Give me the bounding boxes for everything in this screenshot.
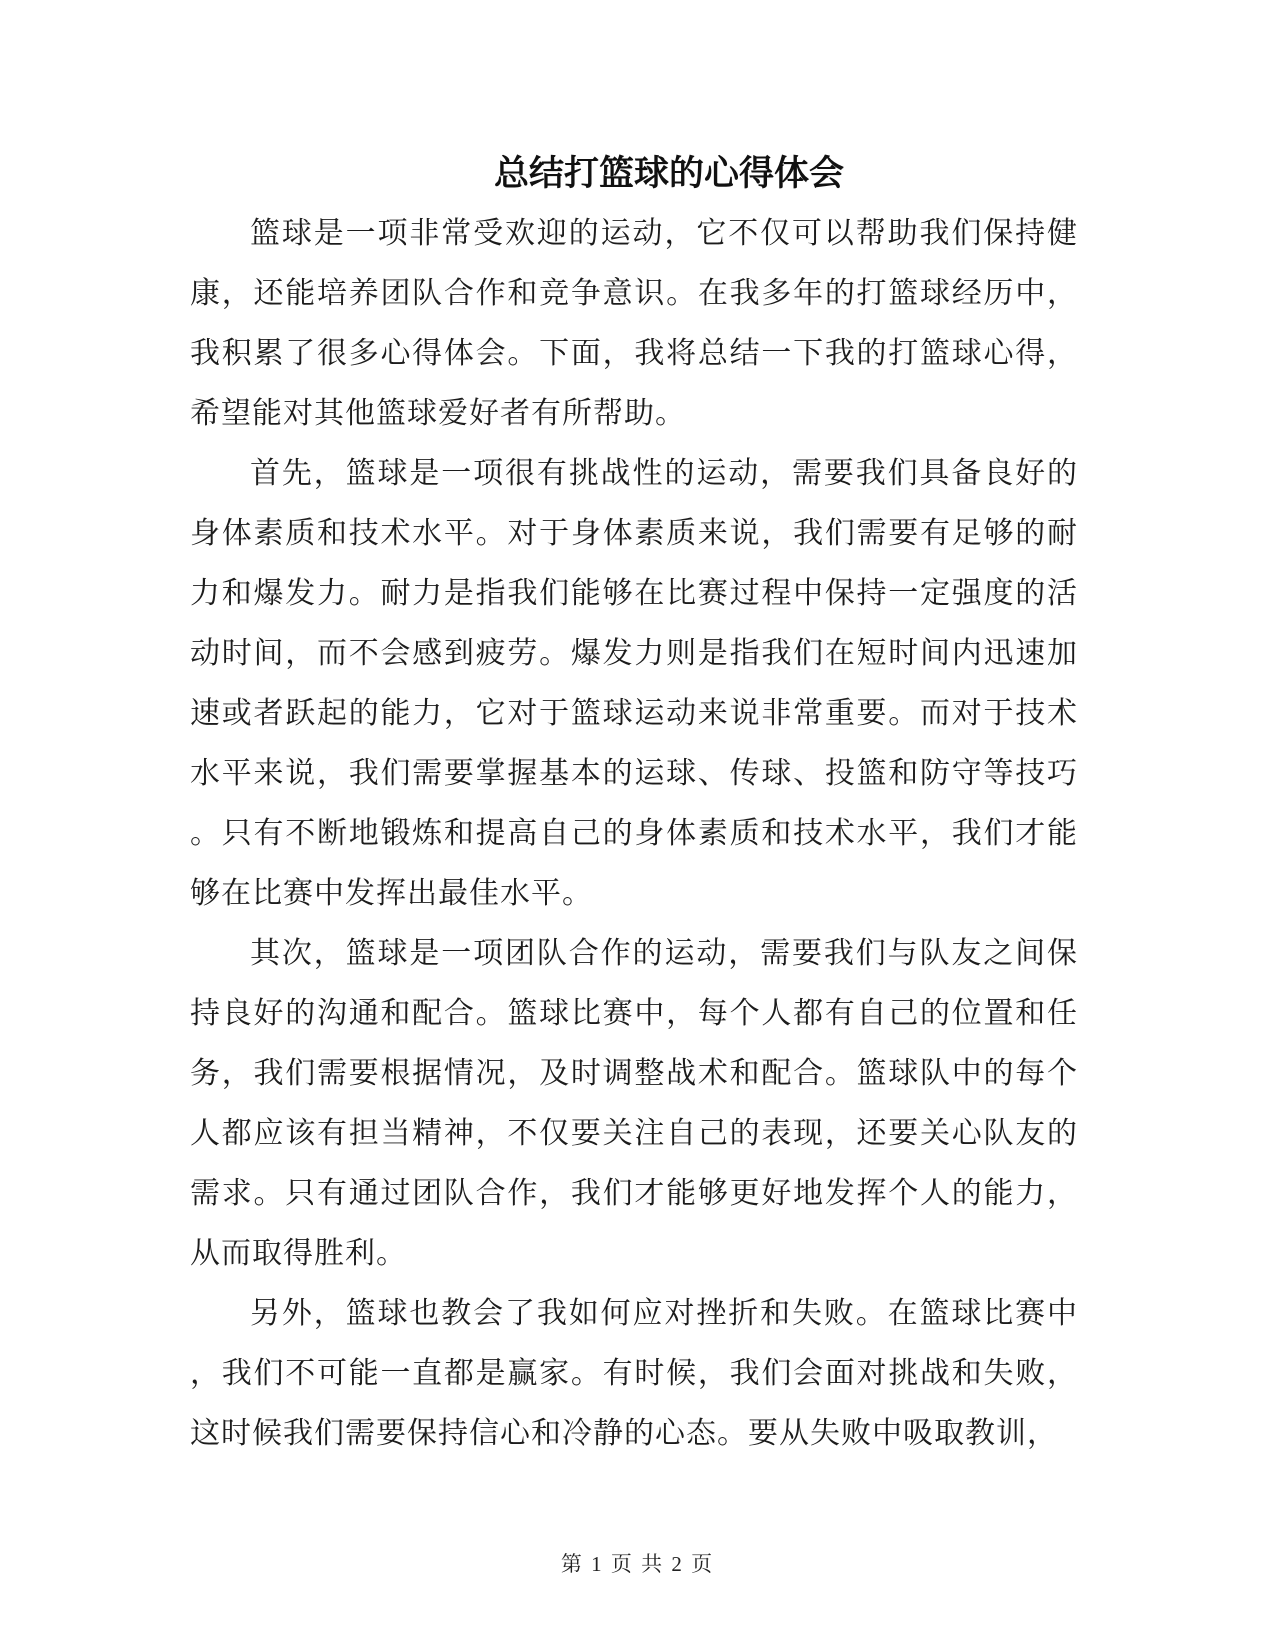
body-paragraph-1: 篮球是一项非常受欢迎的运动，它不仅可以帮助我们保持健康，还能培养团队合作和竞争意… bbox=[190, 204, 1078, 444]
body-paragraph-2: 首先，篮球是一项很有挑战性的运动，需要我们具备良好的身体素质和技术水平。对于身体… bbox=[190, 444, 1078, 924]
page-number-footer: 第 1 页 共 2 页 bbox=[0, 1548, 1275, 1578]
document-title: 总结打篮球的心得体会 bbox=[190, 144, 1078, 204]
document-content: 总结打篮球的心得体会 篮球是一项非常受欢迎的运动，它不仅可以帮助我们保持健康，还… bbox=[0, 0, 1275, 1464]
body-paragraph-3: 其次，篮球是一项团队合作的运动，需要我们与队友之间保持良好的沟通和配合。篮球比赛… bbox=[190, 924, 1078, 1284]
body-paragraph-4: 另外，篮球也教会了我如何应对挫折和失败。在篮球比赛中，我们不可能一直都是赢家。有… bbox=[190, 1284, 1078, 1464]
document-page: 总结打篮球的心得体会 篮球是一项非常受欢迎的运动，它不仅可以帮助我们保持健康，还… bbox=[0, 0, 1275, 1650]
